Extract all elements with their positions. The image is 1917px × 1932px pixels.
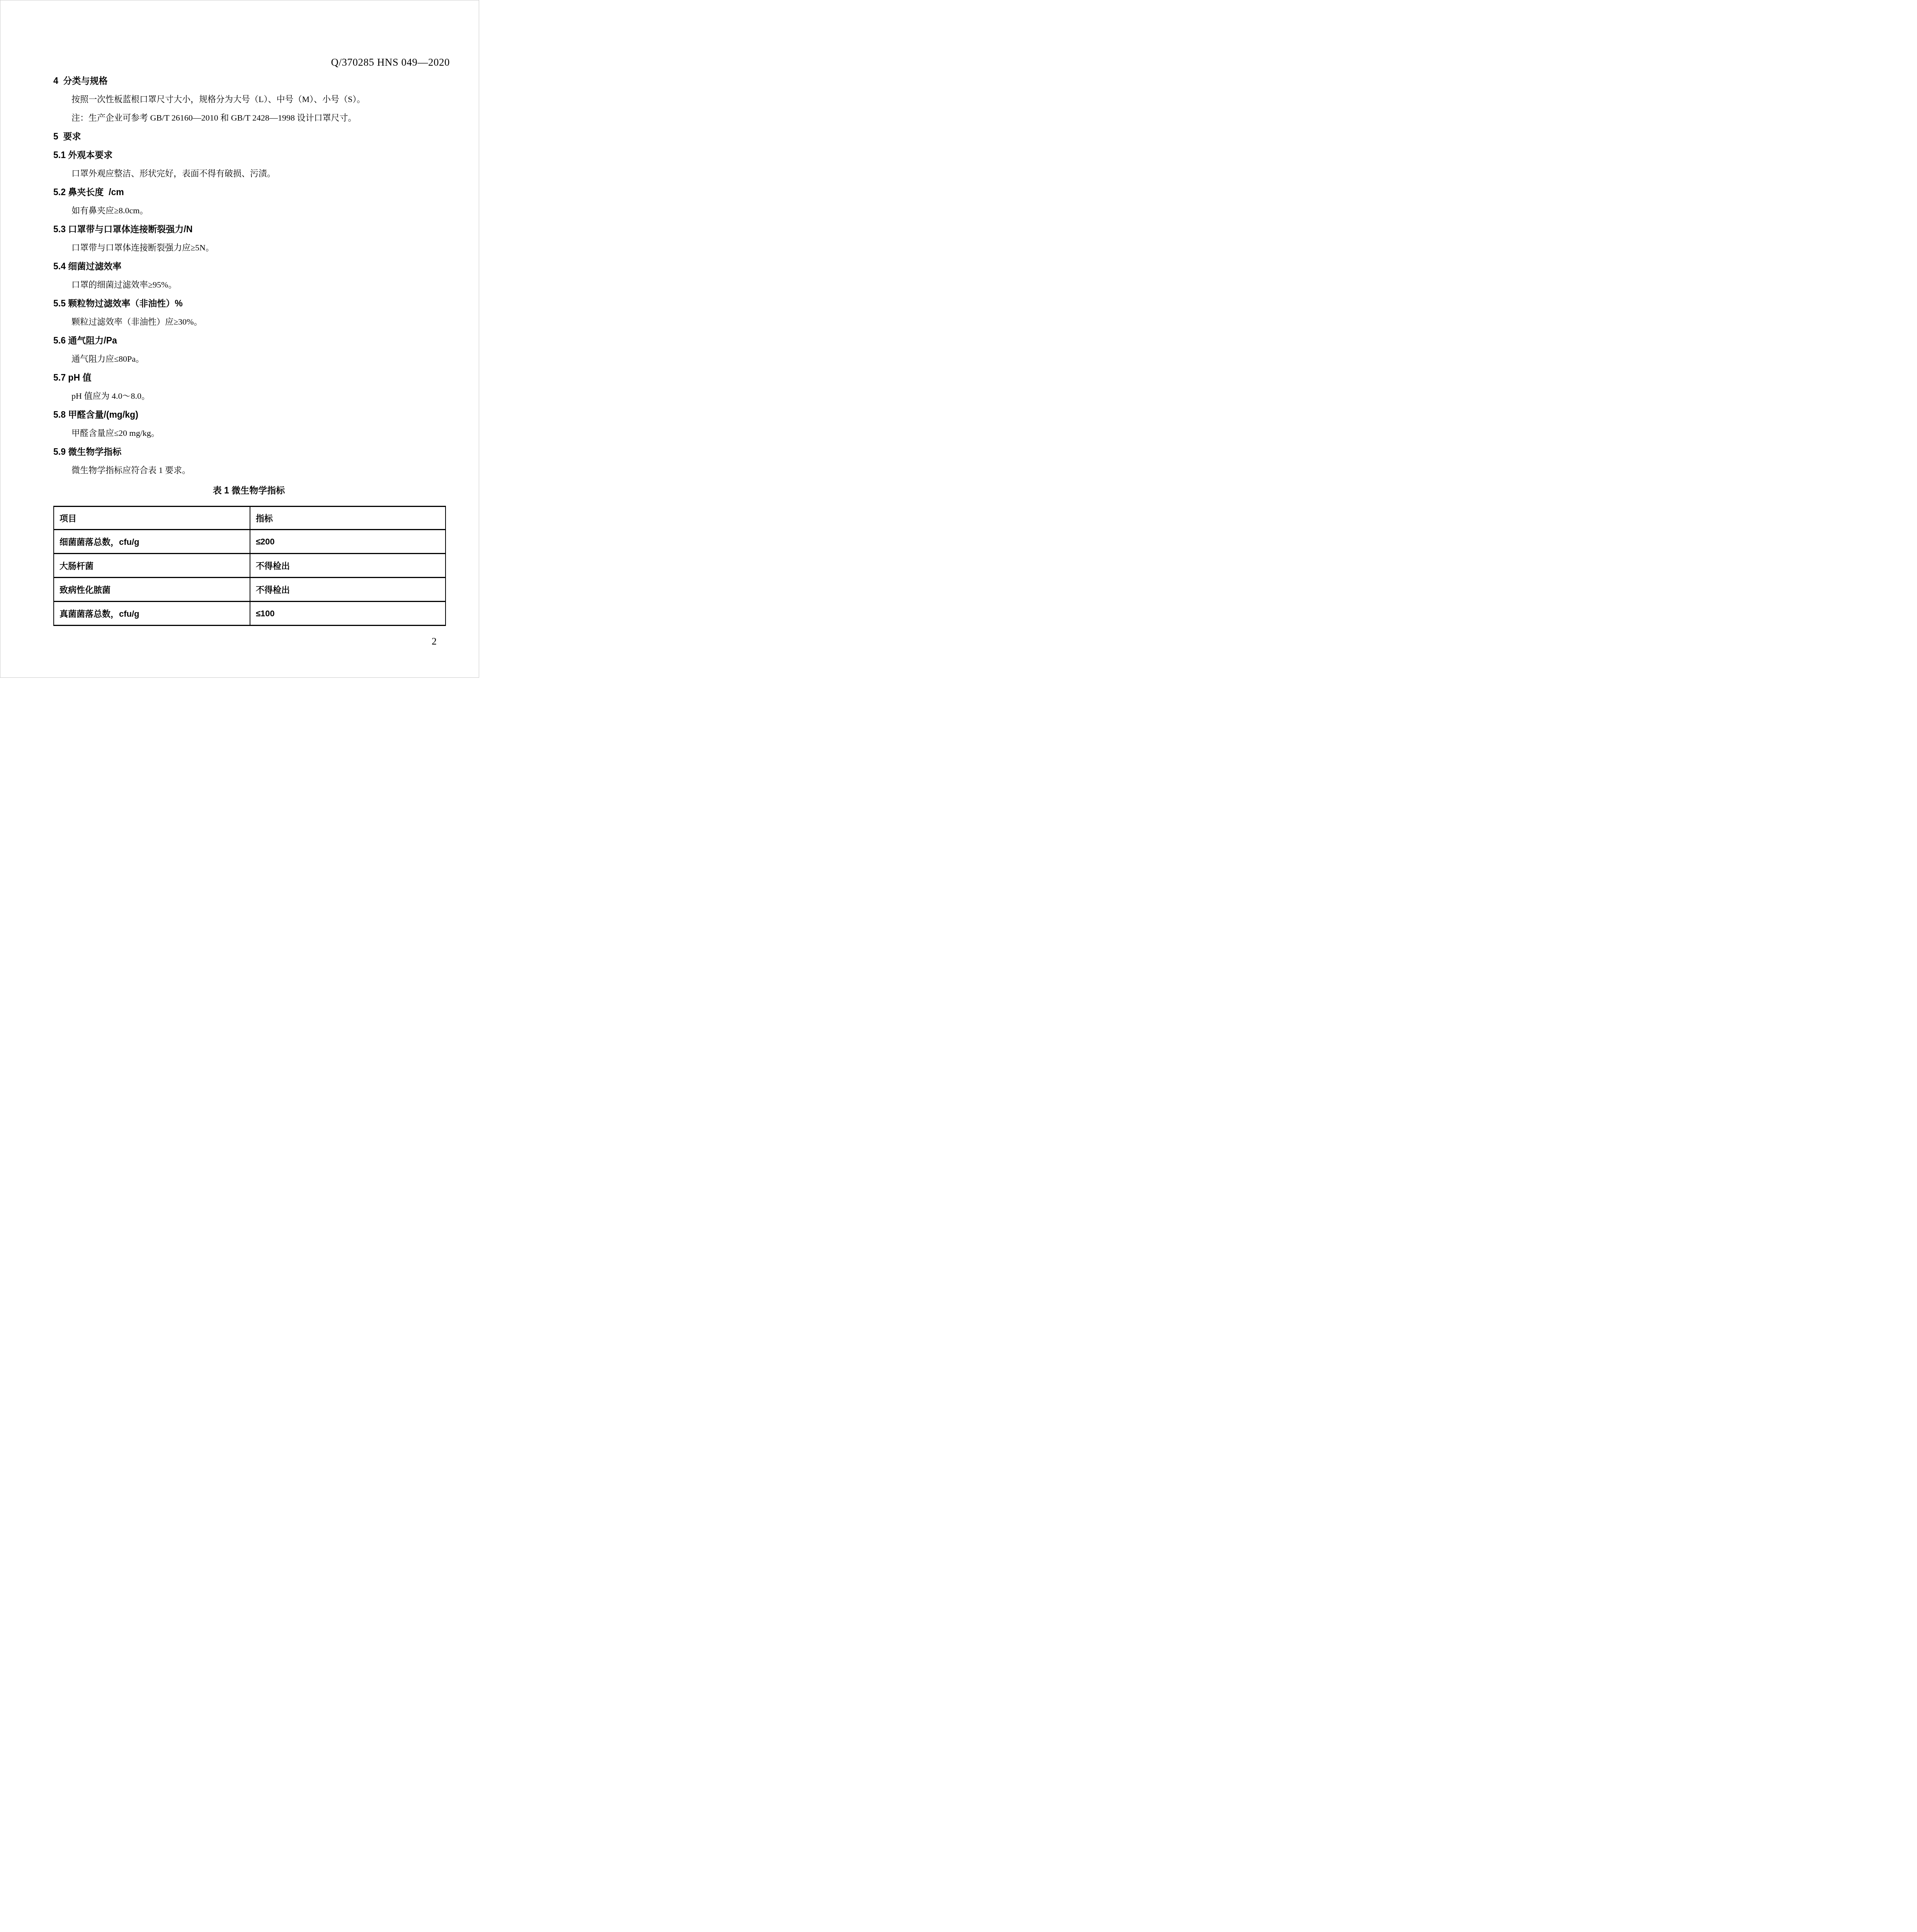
table-cell: 细菌菌落总数，cfu/g <box>54 530 250 553</box>
doc-number: Q/370285 HNS 049—2020 <box>331 56 450 68</box>
heading-5-1-appearance: 5.1 外观本要求 <box>53 150 445 160</box>
paragraph-appearance: 口罩外观应整洁、形状完好，表面不得有破损、污渍。 <box>53 168 445 179</box>
page-number: 2 <box>432 636 437 647</box>
table-header-row: 项目 指标 <box>54 507 445 530</box>
heading-5-7-ph: 5.7 pH 值 <box>53 372 445 383</box>
paragraph-particle-filter: 颗粒过滤效率（非油性）应≥30%。 <box>53 317 445 327</box>
table-cell: 致病性化脓菌 <box>54 578 250 601</box>
paragraph-microbiology: 微生物学指标应符合表 1 要求。 <box>53 465 445 475</box>
document-page: Q/370285 HNS 049—2020 4 分类与规格 按照一次性板蓝根口罩… <box>0 0 479 678</box>
table-cell: ≤200 <box>250 530 445 553</box>
heading-4-classification: 4 分类与规格 <box>53 76 445 86</box>
paragraph-formaldehyde: 甲醛含量应≤20 mg/kg。 <box>53 428 445 438</box>
paragraph-strap-strength: 口罩带与口罩体连接断裂强力应≥5N。 <box>53 243 445 253</box>
heading-5-requirements: 5 要求 <box>53 131 445 141</box>
table-cell: 大肠杆菌 <box>54 554 250 577</box>
paragraph-bacteria-filter: 口罩的细菌过滤效率≥95%。 <box>53 280 445 290</box>
table-row: 细菌菌落总数，cfu/g ≤200 <box>54 530 445 554</box>
heading-5-4-bacteria-filter: 5.4 细菌过滤效率 <box>53 261 445 271</box>
heading-5-3-strap-strength: 5.3 口罩带与口罩体连接断裂强力/N <box>53 224 445 234</box>
column-header-item: 项目 <box>54 507 250 529</box>
table-cell: 不得检出 <box>250 578 445 601</box>
paragraph-note: 注：生产企业可参考 GB/T 26160—2010 和 GB/T 2428—19… <box>53 113 445 123</box>
table-cell: ≤100 <box>250 602 445 625</box>
heading-5-5-particle-filter: 5.5 颗粒物过滤效率（非油性）% <box>53 298 445 308</box>
column-header-indicator: 指标 <box>250 507 445 529</box>
table-row: 真菌菌落总数，cfu/g ≤100 <box>54 602 445 625</box>
table-row: 大肠杆菌 不得检出 <box>54 554 445 578</box>
heading-5-2-noseclip: 5.2 鼻夹长度 /cm <box>53 187 445 197</box>
microbiology-table: 项目 指标 细菌菌落总数，cfu/g ≤200 大肠杆菌 不得检出 致病性化脓菌… <box>53 506 446 626</box>
table-cell: 不得检出 <box>250 554 445 577</box>
heading-5-6-air-resistance: 5.6 通气阻力/Pa <box>53 335 445 345</box>
paragraph-noseclip: 如有鼻夹应≥8.0cm。 <box>53 206 445 216</box>
paragraph-classification: 按照一次性板蓝根口罩尺寸大小，规格分为大号（L）、中号（M）、小号（S）。 <box>53 94 445 104</box>
heading-5-8-formaldehyde: 5.8 甲醛含量/(mg/kg) <box>53 410 445 420</box>
document-body: 4 分类与规格 按照一次性板蓝根口罩尺寸大小，规格分为大号（L）、中号（M）、小… <box>53 76 445 626</box>
table-title: 表 1 微生物学指标 <box>53 485 444 496</box>
heading-5-9-microbiology: 5.9 微生物学指标 <box>53 447 445 457</box>
table-row: 致病性化脓菌 不得检出 <box>54 578 445 602</box>
paragraph-air-resistance: 通气阻力应≤80Pa。 <box>53 354 445 364</box>
paragraph-ph: pH 值应为 4.0～8.0。 <box>53 391 445 401</box>
table-cell: 真菌菌落总数，cfu/g <box>54 602 250 625</box>
